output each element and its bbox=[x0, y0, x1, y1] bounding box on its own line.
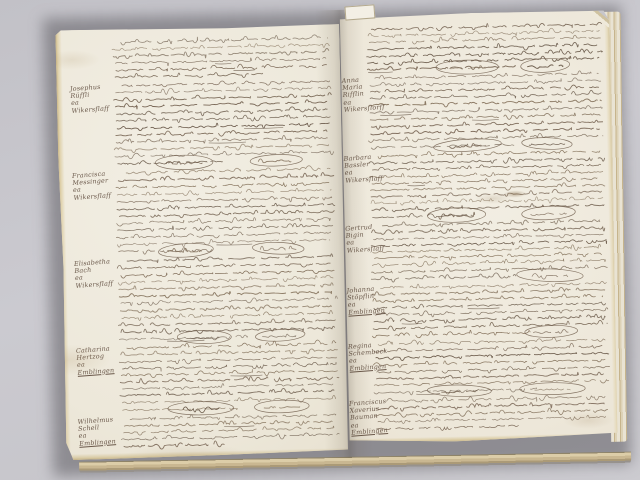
left-page: JosephusRüfflieaWikersflaffFranciscaMess… bbox=[55, 24, 349, 460]
signature-oval bbox=[254, 399, 309, 413]
margin-note: AnnaMariaRifflineaWikersflorff bbox=[341, 75, 385, 114]
margin-note: FranciscaMessingereaWikersflaff bbox=[72, 170, 112, 202]
margin-note: ReginaSchembeckeaEmblingen bbox=[348, 341, 389, 373]
margin-note: CatharinaHertzogeaEmblingen bbox=[76, 345, 115, 376]
margin-note: FranciscusXaveriusBaumaneaEmblingen bbox=[349, 398, 389, 437]
signature-oval bbox=[250, 154, 303, 167]
margin-note: WilhelmusSchelleaEmblingen bbox=[77, 416, 116, 447]
margin-note: JohannaStöpflineaEmblingen bbox=[346, 285, 385, 316]
signature-oval bbox=[255, 328, 305, 343]
page-edge-tab bbox=[344, 4, 375, 20]
signature-oval bbox=[252, 240, 304, 256]
signature-oval bbox=[525, 325, 578, 339]
signature-oval bbox=[521, 136, 572, 152]
open-book: JosephusRüfflieaWikersflaffFranciscaMess… bbox=[45, 0, 633, 476]
signature-oval bbox=[433, 137, 502, 153]
margin-note: BarbaraBasslereaWikersflaff bbox=[343, 153, 383, 185]
margin-note: ElisabethaBacheaWikersflaff bbox=[74, 258, 114, 290]
right-page: AnnaMariaRifflineaWikersflorffBarbaraBas… bbox=[339, 10, 619, 444]
margin-note: JosephusRüfflieaWikersflaff bbox=[70, 83, 110, 115]
margin-note: GertrudBigineaWikersflaff bbox=[345, 223, 385, 255]
scan-background: JosephusRüfflieaWikersflaffFranciscaMess… bbox=[0, 0, 640, 480]
signature-oval bbox=[427, 207, 486, 223]
